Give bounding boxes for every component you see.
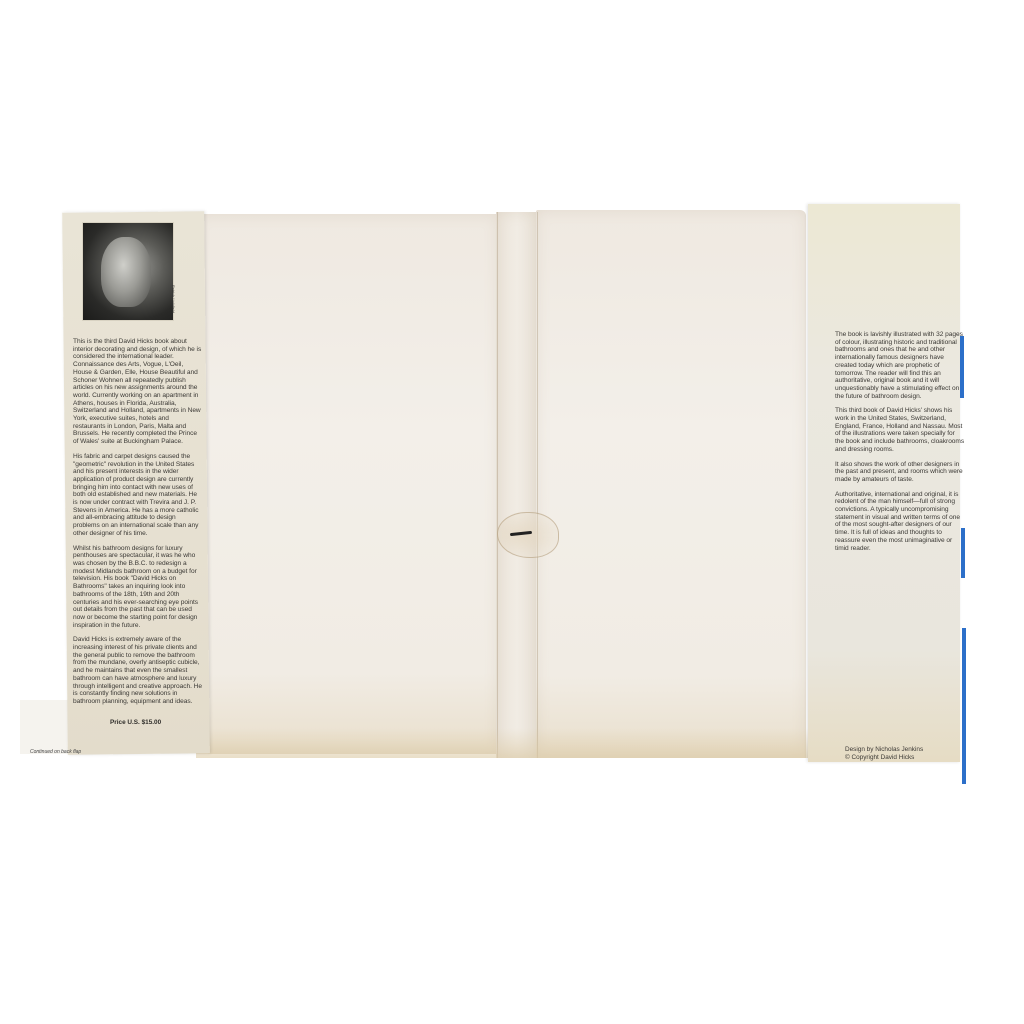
spine-tear [497, 512, 559, 558]
dust-jacket: Patrick Lichfield This is the third Davi… [0, 0, 1024, 1024]
photo-credit: Patrick Lichfield [171, 285, 176, 313]
spine-fold-right [537, 212, 538, 758]
right-flap-text: The book is lavishly illustrated with 32… [835, 331, 965, 559]
copyright-line: © Copyright David Hicks [845, 754, 923, 762]
right-paragraph: This third book of David Hicks' shows hi… [835, 407, 965, 453]
author-face [101, 237, 151, 307]
price-label: Price U.S. $15.00 [110, 719, 161, 726]
left-paragraph: David Hicks is extremely aware of the in… [73, 636, 203, 705]
right-paragraph: Authoritative, international and origina… [835, 491, 965, 553]
right-paragraph: The book is lavishly illustrated with 32… [835, 331, 965, 400]
inner-back-panel [196, 214, 498, 754]
author-photo [82, 222, 174, 321]
continued-note: Continued on back flap [30, 749, 81, 755]
inner-spine-panel [496, 212, 538, 758]
left-paragraph: This is the third David Hicks book about… [73, 338, 203, 446]
left-paragraph: His fabric and carpet designs caused the… [73, 453, 203, 538]
designer-line: Design by Nicholas Jenkins [845, 746, 923, 754]
left-flap-text: This is the third David Hicks book about… [73, 338, 203, 713]
water-stain [196, 728, 808, 758]
blue-cover-edge [962, 628, 966, 784]
left-paragraph: Whilst his bathroom designs for luxury p… [73, 545, 203, 630]
inner-front-panel [536, 210, 806, 758]
design-credit: Design by Nicholas Jenkins © Copyright D… [845, 746, 923, 761]
right-paragraph: It also shows the work of other designer… [835, 461, 965, 484]
spine-fold-left [497, 212, 498, 758]
